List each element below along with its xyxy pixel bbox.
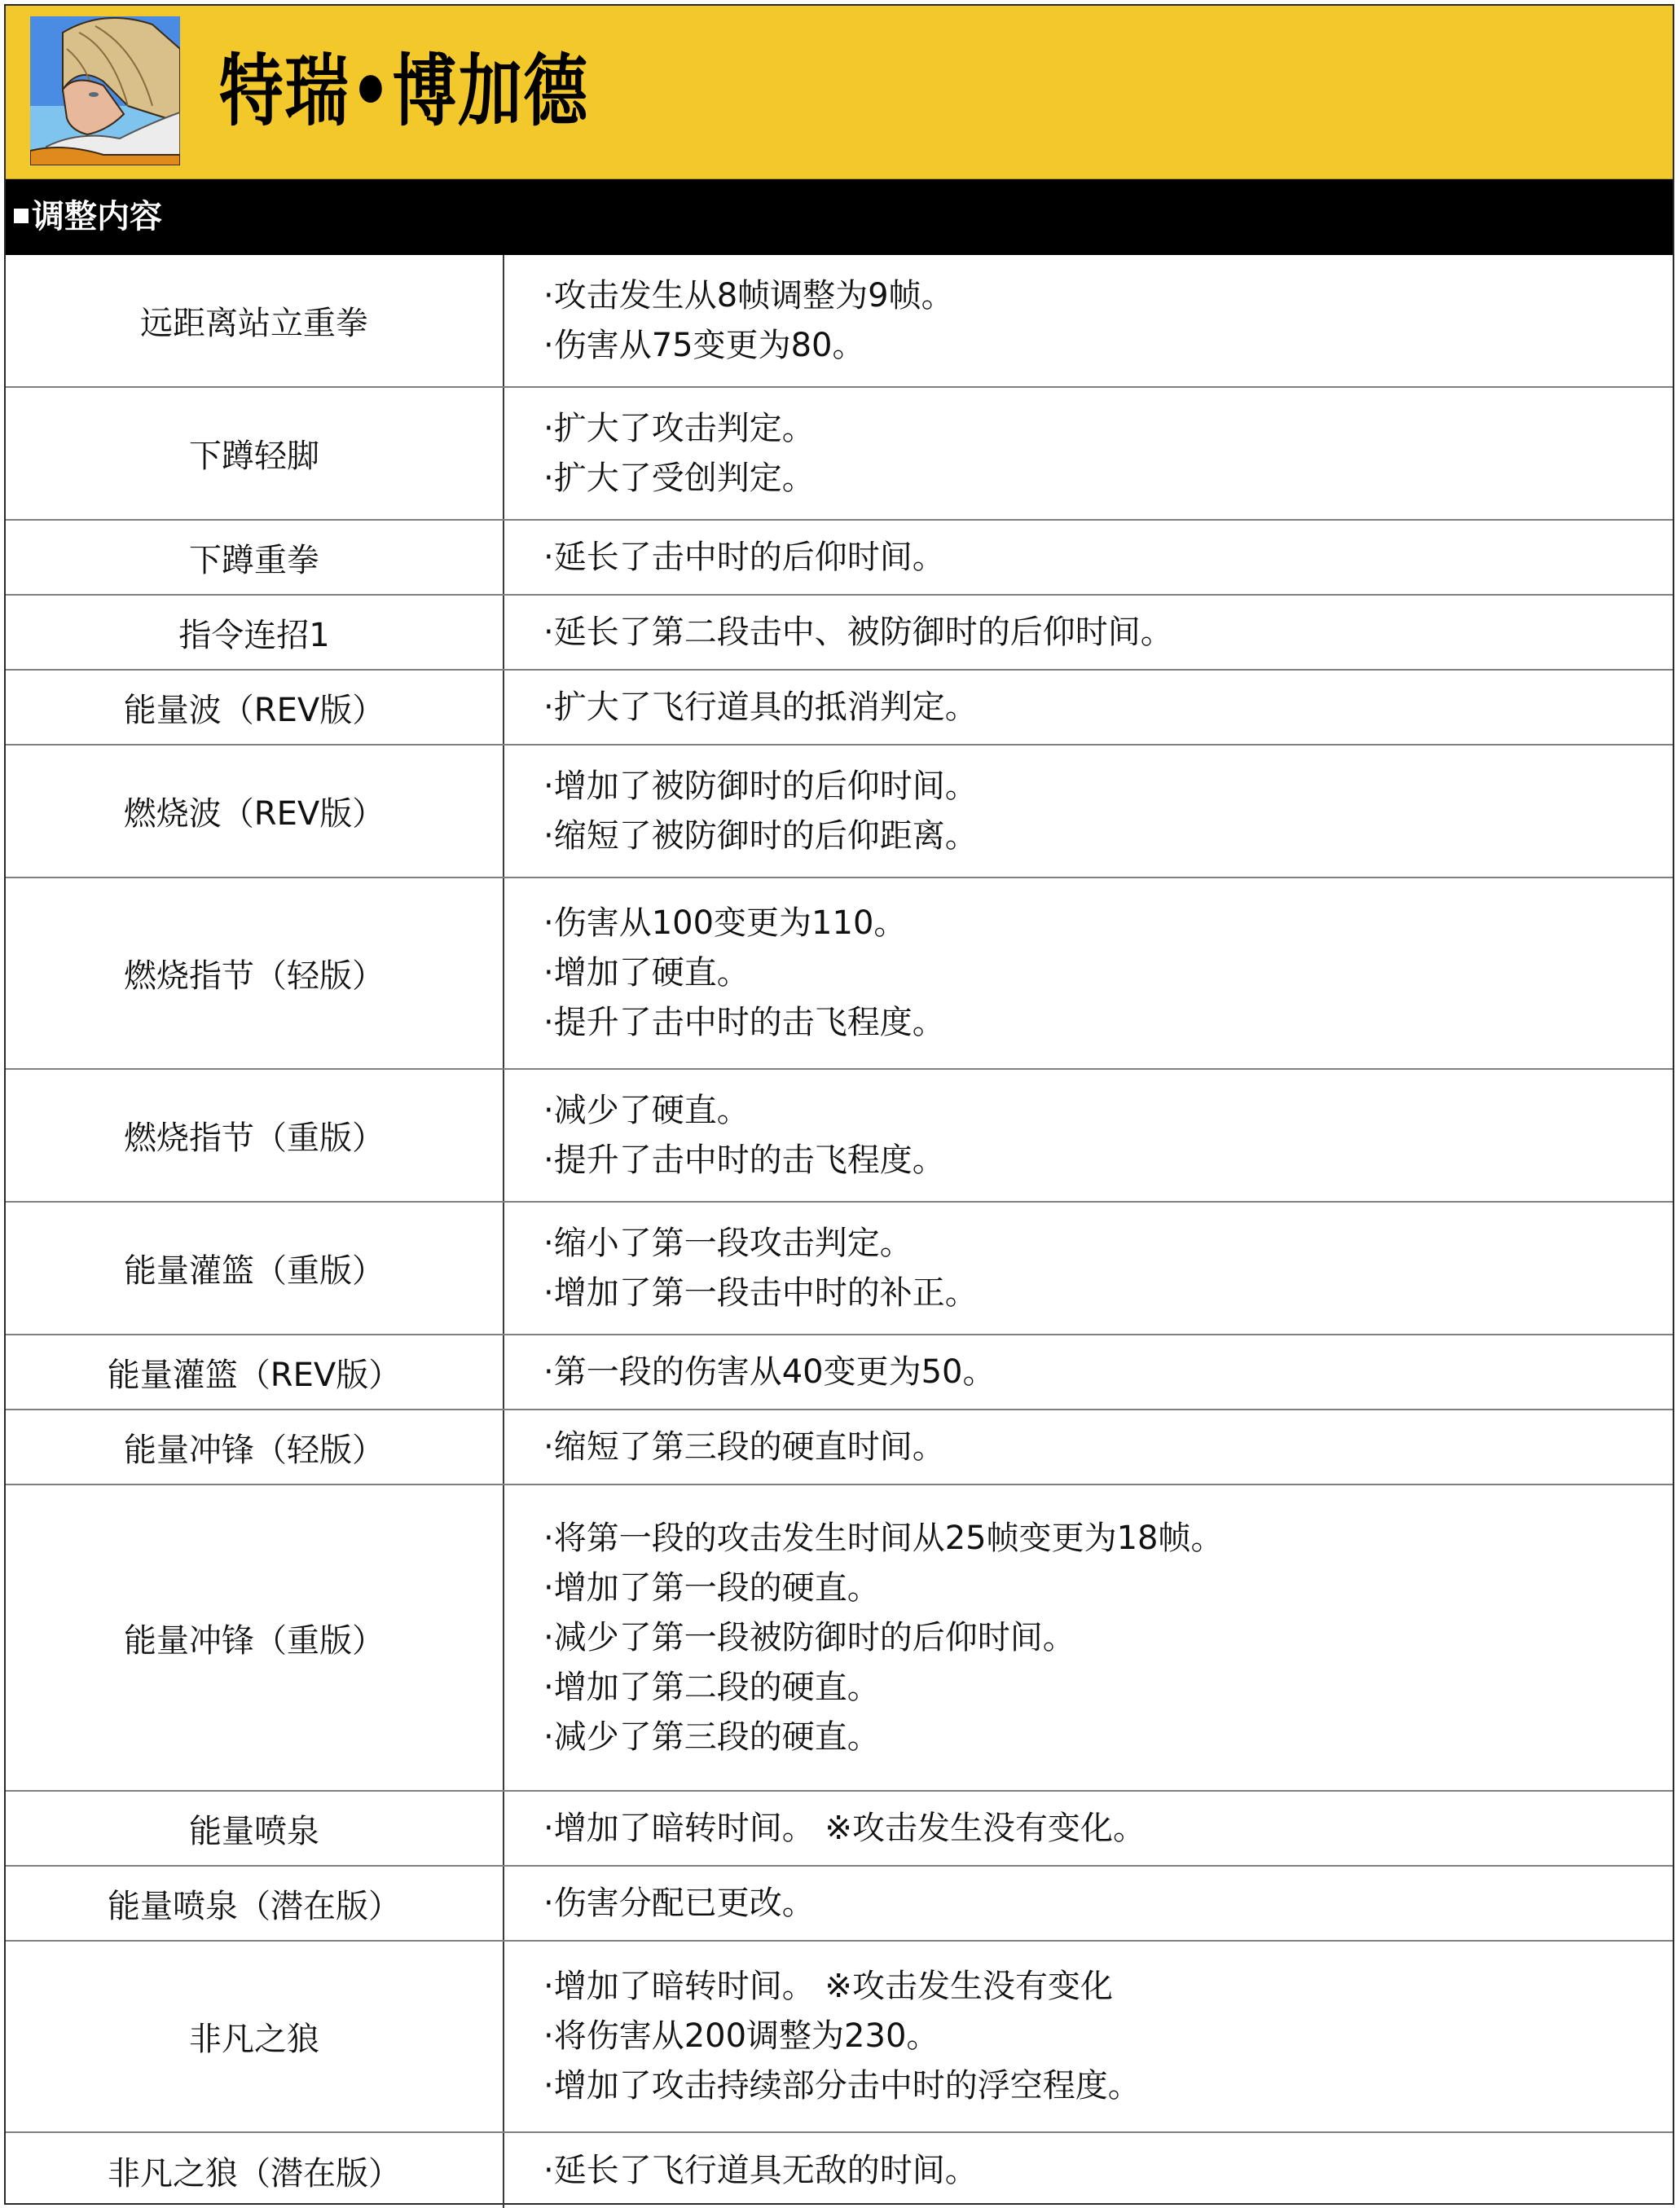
change-item: ·将伤害从200调整为230。 [543, 2012, 1673, 2061]
move-name: 指令连招1 [6, 596, 504, 669]
table-row: 能量冲锋（轻版） ·缩短了第三段的硬直时间。 [6, 1410, 1673, 1485]
change-item: ·伤害分配已更改。 [543, 1879, 1673, 1929]
move-name: 下蹲轻脚 [6, 388, 504, 519]
table-row: 远距离站立重拳 ·攻击发生从8帧调整为9帧。 ·伤害从75变更为80。 [6, 255, 1673, 388]
table-row: 能量喷泉（潜在版） ·伤害分配已更改。 [6, 1867, 1673, 1942]
patch-notes-card: 特瑞•博加德 调整内容 远距离站立重拳 ·攻击发生从8帧调整为9帧。 ·伤害从7… [4, 4, 1674, 2205]
move-name: 能量灌篮（重版） [6, 1203, 504, 1334]
table-row: 下蹲重拳 ·延长了击中时的后仰时间。 [6, 521, 1673, 596]
table-row: 能量灌篮（REV版） ·第一段的伤害从40变更为50。 [6, 1335, 1673, 1410]
change-list: ·第一段的伤害从40变更为50。 [504, 1335, 1673, 1409]
move-name: 能量冲锋（轻版） [6, 1410, 504, 1484]
table-row: 能量喷泉 ·增加了暗转时间。 ※攻击发生没有变化。 [6, 1792, 1673, 1867]
change-item: ·减少了第一段被防御时的后仰时间。 [543, 1613, 1673, 1663]
change-item: ·缩小了第一段攻击判定。 [543, 1219, 1673, 1269]
move-name: 燃烧指节（重版） [6, 1070, 504, 1201]
change-item: ·增加了被防御时的后仰时间。 [543, 762, 1673, 812]
table-row: 燃烧指节（轻版） ·伤害从100变更为110。 ·增加了硬直。 ·提升了击中时的… [6, 878, 1673, 1070]
change-list: ·延长了第二段击中、被防御时的后仰时间。 [504, 596, 1673, 669]
table-row: 能量波（REV版） ·扩大了飞行道具的抵消判定。 [6, 671, 1673, 746]
change-item: ·减少了硬直。 [543, 1086, 1673, 1136]
change-item: ·伤害从100变更为110。 [543, 899, 1673, 948]
table-row: 下蹲轻脚 ·扩大了攻击判定。 ·扩大了受创判定。 [6, 388, 1673, 521]
table-row: 燃烧指节（重版） ·减少了硬直。 ·提升了击中时的击飞程度。 [6, 1070, 1673, 1203]
change-item: ·增加了第二段的硬直。 [543, 1663, 1673, 1713]
change-item: ·增加了第一段的硬直。 [543, 1564, 1673, 1613]
change-item: ·攻击发生从8帧调整为9帧。 [543, 271, 1673, 321]
table-row: 指令连招1 ·延长了第二段击中、被防御时的后仰时间。 [6, 596, 1673, 671]
move-name: 能量喷泉 [6, 1792, 504, 1865]
move-name: 非凡之狼（潜在版） [6, 2133, 504, 2208]
move-name: 燃烧波（REV版） [6, 746, 504, 877]
move-name: 下蹲重拳 [6, 521, 504, 594]
move-name: 燃烧指节（轻版） [6, 878, 504, 1068]
move-name: 能量波（REV版） [6, 671, 504, 744]
change-item: ·增加了硬直。 [543, 948, 1673, 998]
move-name: 远距离站立重拳 [6, 255, 504, 386]
adjustments-table: 远距离站立重拳 ·攻击发生从8帧调整为9帧。 ·伤害从75变更为80。 下蹲轻脚… [6, 255, 1673, 2208]
change-list: ·扩大了攻击判定。 ·扩大了受创判定。 [504, 388, 1673, 519]
table-row: 能量冲锋（重版） ·将第一段的攻击发生时间从25帧变更为18帧。 ·增加了第一段… [6, 1485, 1673, 1792]
change-list: ·延长了击中时的后仰时间。 [504, 521, 1673, 594]
change-item: ·扩大了飞行道具的抵消判定。 [543, 683, 1673, 732]
change-item: ·伤害从75变更为80。 [543, 321, 1673, 371]
change-item: ·增加了攻击持续部分击中时的浮空程度。 [543, 2061, 1673, 2111]
change-item: ·缩短了被防御时的后仰距离。 [543, 812, 1673, 861]
move-name: 能量灌篮（REV版） [6, 1335, 504, 1409]
change-list: ·缩短了第三段的硬直时间。 [504, 1410, 1673, 1484]
change-list: ·扩大了飞行道具的抵消判定。 [504, 671, 1673, 744]
change-list: ·减少了硬直。 ·提升了击中时的击飞程度。 [504, 1070, 1673, 1201]
change-list: ·增加了暗转时间。 ※攻击发生没有变化。 [504, 1792, 1673, 1865]
section-title: 调整内容 [14, 179, 162, 255]
change-item: ·缩短了第三段的硬直时间。 [543, 1423, 1673, 1472]
table-row: 非凡之狼 ·增加了暗转时间。 ※攻击发生没有变化 ·将伤害从200调整为230。… [6, 1942, 1673, 2133]
character-header: 特瑞•博加德 [6, 6, 1673, 179]
change-list: ·将第一段的攻击发生时间从25帧变更为18帧。 ·增加了第一段的硬直。 ·减少了… [504, 1485, 1673, 1790]
move-name: 能量喷泉（潜在版） [6, 1867, 504, 1940]
table-row: 燃烧波（REV版） ·增加了被防御时的后仰时间。 ·缩短了被防御时的后仰距离。 [6, 746, 1673, 878]
change-item: ·延长了第二段击中、被防御时的后仰时间。 [543, 608, 1673, 658]
move-name: 非凡之狼 [6, 1942, 504, 2131]
change-item: ·增加了暗转时间。 ※攻击发生没有变化。 [543, 1804, 1673, 1854]
character-name-title: 特瑞•博加德 [219, 38, 589, 144]
change-item: ·增加了第一段击中时的补正。 [543, 1269, 1673, 1318]
change-item: ·增加了暗转时间。 ※攻击发生没有变化 [543, 1962, 1673, 2012]
change-item: ·扩大了攻击判定。 [543, 404, 1673, 454]
change-item: ·减少了第三段的硬直。 [543, 1713, 1673, 1762]
change-list: ·增加了被防御时的后仰时间。 ·缩短了被防御时的后仰距离。 [504, 746, 1673, 877]
move-name: 能量冲锋（重版） [6, 1485, 504, 1790]
change-list: ·伤害分配已更改。 [504, 1867, 1673, 1940]
change-item: ·将第一段的攻击发生时间从25帧变更为18帧。 [543, 1514, 1673, 1564]
table-row: 能量灌篮（重版） ·缩小了第一段攻击判定。 ·增加了第一段击中时的补正。 [6, 1203, 1673, 1335]
table-row: 非凡之狼（潜在版） ·延长了飞行道具无敌的时间。 [6, 2133, 1673, 2208]
change-item: ·延长了飞行道具无敌的时间。 [543, 2146, 1673, 2196]
change-item: ·扩大了受创判定。 [543, 454, 1673, 504]
square-bullet-icon [14, 209, 29, 223]
section-header: 调整内容 [6, 179, 1673, 255]
change-list: ·延长了飞行道具无敌的时间。 [504, 2133, 1673, 2208]
change-item: ·提升了击中时的击飞程度。 [543, 1136, 1673, 1185]
change-list: ·攻击发生从8帧调整为9帧。 ·伤害从75变更为80。 [504, 255, 1673, 386]
change-item: ·第一段的伤害从40变更为50。 [543, 1348, 1673, 1397]
character-portrait-icon [30, 16, 180, 165]
change-item: ·提升了击中时的击飞程度。 [543, 998, 1673, 1048]
change-list: ·伤害从100变更为110。 ·增加了硬直。 ·提升了击中时的击飞程度。 [504, 878, 1673, 1068]
change-item: ·延长了击中时的后仰时间。 [543, 533, 1673, 583]
change-list: ·增加了暗转时间。 ※攻击发生没有变化 ·将伤害从200调整为230。 ·增加了… [504, 1942, 1673, 2131]
section-title-text: 调整内容 [32, 198, 162, 235]
change-list: ·缩小了第一段攻击判定。 ·增加了第一段击中时的补正。 [504, 1203, 1673, 1334]
